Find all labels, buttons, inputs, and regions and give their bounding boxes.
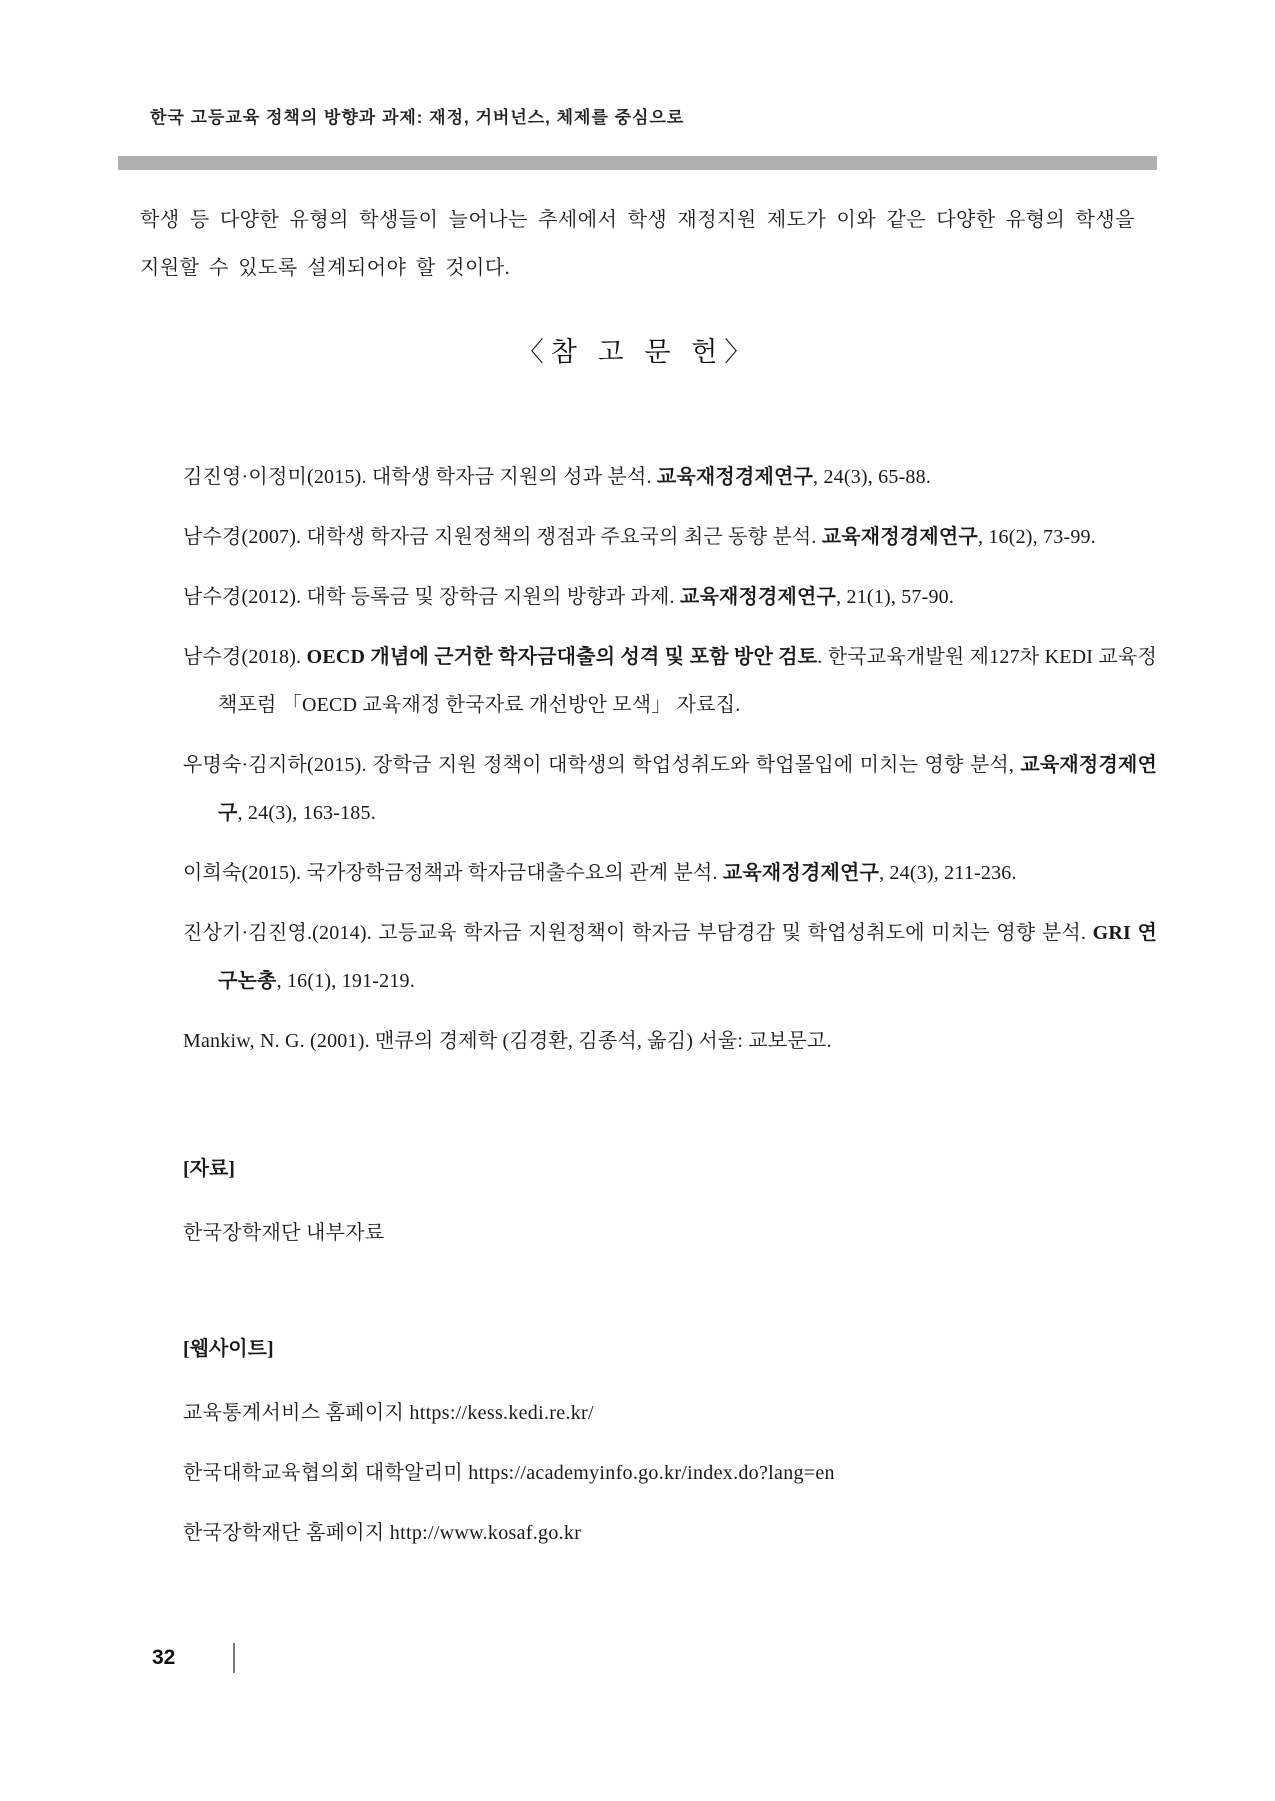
appendix-section: [자료]한국장학재단 내부자료 — [183, 1157, 1157, 1245]
reference-text: , 24(3), 65-88. — [813, 466, 931, 488]
running-header: 한국 고등교육 정책의 방향과 과제: 재정, 거버넌스, 체제를 중심으로 — [118, 106, 1157, 170]
running-header-title: 한국 고등교육 정책의 방향과 과제: 재정, 거버넌스, 체제를 중심으로 — [118, 106, 1157, 130]
reference-entry: Mankiw, N. G. (2001). 맨큐의 경제학 (김경환, 김종석,… — [183, 1017, 1157, 1065]
reference-text: , 21(1), 57-90. — [836, 586, 954, 608]
section-line: 한국장학재단 내부자료 — [183, 1221, 1157, 1245]
body-paragraph: 학생 등 다양한 유형의 학생들이 늘어나는 추세에서 학생 재정지원 제도가 … — [140, 196, 1135, 292]
reference-text: 남수경(2007). 대학생 학자금 지원정책의 쟁점과 주요국의 최근 동향 … — [183, 526, 822, 548]
footer-divider — [233, 1643, 235, 1673]
reference-text: Mankiw, N. G. (2001). 맨큐의 경제학 (김경환, 김종석,… — [183, 1030, 832, 1052]
appendix-sections: [자료]한국장학재단 내부자료[웹사이트]교육통계서비스 홈페이지 https:… — [183, 1157, 1157, 1545]
reference-title-bold: 교육재정경제연구 — [723, 862, 879, 884]
reference-entry: 김진영·이정미(2015). 대학생 학자금 지원의 성과 분석. 교육재정경제… — [183, 453, 1157, 501]
reference-title-bold: 교육재정경제연구 — [680, 586, 836, 608]
reference-text: , 16(2), 73-99. — [978, 526, 1096, 548]
reference-text: , 24(3), 211-236. — [879, 862, 1017, 884]
section-line: 교육통계서비스 홈페이지 https://kess.kedi.re.kr/ — [183, 1401, 1157, 1425]
reference-entry: 남수경(2012). 대학 등록금 및 장학금 지원의 방향과 과제. 교육재정… — [183, 573, 1157, 621]
reference-text: 남수경(2012). 대학 등록금 및 장학금 지원의 방향과 과제. — [183, 586, 680, 608]
reference-title-bold: 교육재정경제연구 — [822, 526, 978, 548]
reference-title-bold: OECD 개념에 근거한 학자금대출의 성격 및 포함 방안 검토 — [307, 646, 818, 668]
reference-text: 진상기·김진영.(2014). 고등교육 학자금 지원정책이 학자금 부담경감 … — [183, 922, 1093, 944]
reference-list: 김진영·이정미(2015). 대학생 학자금 지원의 성과 분석. 교육재정경제… — [183, 453, 1157, 1065]
section-line: 한국대학교육협의회 대학알리미 https://academyinfo.go.k… — [183, 1461, 1157, 1485]
reference-entry: 이희숙(2015). 국가장학금정책과 학자금대출수요의 관계 분석. 교육재정… — [183, 849, 1157, 897]
section-heading: [자료] — [183, 1157, 1157, 1181]
reference-title-bold: 교육재정경제연구 — [657, 466, 813, 488]
header-rule-bar — [118, 156, 1157, 170]
reference-entry: 우명숙·김지하(2015). 장학금 지원 정책이 대학생의 학업성취도와 학업… — [183, 741, 1157, 837]
section-line: 한국장학재단 홈페이지 http://www.kosaf.go.kr — [183, 1521, 1157, 1545]
page-footer: 32 — [152, 1643, 235, 1673]
page-number: 32 — [152, 1646, 175, 1670]
document-page: 한국 고등교육 정책의 방향과 과제: 재정, 거버넌스, 체제를 중심으로 학… — [0, 0, 1275, 1801]
reference-text: , 16(1), 191-219. — [277, 970, 415, 992]
reference-text: 우명숙·김지하(2015). 장학금 지원 정책이 대학생의 학업성취도와 학업… — [183, 754, 1020, 776]
reference-text: 남수경(2018). — [183, 646, 307, 668]
references-heading: 〈참 고 문 헌〉 — [0, 330, 1275, 369]
reference-text: , 24(3), 163-185. — [238, 802, 376, 824]
reference-text: 김진영·이정미(2015). 대학생 학자금 지원의 성과 분석. — [183, 466, 657, 488]
reference-entry: 남수경(2018). OECD 개념에 근거한 학자금대출의 성격 및 포함 방… — [183, 633, 1157, 729]
appendix-section: [웹사이트]교육통계서비스 홈페이지 https://kess.kedi.re.… — [183, 1337, 1157, 1545]
reference-entry: 남수경(2007). 대학생 학자금 지원정책의 쟁점과 주요국의 최근 동향 … — [183, 513, 1157, 561]
reference-entry: 진상기·김진영.(2014). 고등교육 학자금 지원정책이 학자금 부담경감 … — [183, 909, 1157, 1005]
section-heading: [웹사이트] — [183, 1337, 1157, 1361]
reference-text: 이희숙(2015). 국가장학금정책과 학자금대출수요의 관계 분석. — [183, 862, 723, 884]
